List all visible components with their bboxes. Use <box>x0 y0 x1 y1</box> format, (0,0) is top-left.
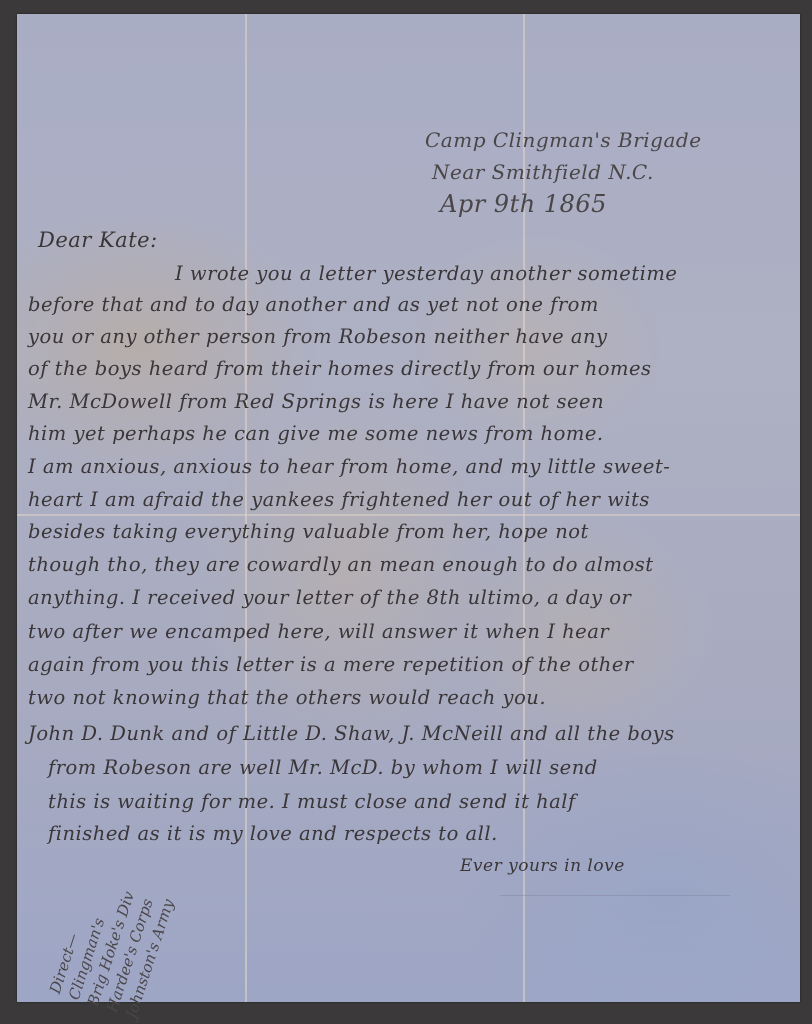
letter-line: heart I am afraid the yankees frightened… <box>28 488 650 511</box>
letter-line: again from you this letter is a mere rep… <box>28 653 634 676</box>
letter-closing: Ever yours in love <box>460 856 625 876</box>
letter-line: before that and to day another and as ye… <box>28 293 599 316</box>
letter-line: anything. I received your letter of the … <box>28 586 631 609</box>
letter-line: I am anxious, anxious to hear from home,… <box>28 455 670 478</box>
letter-line: of the boys heard from their homes direc… <box>28 357 652 380</box>
letter-line: him yet perhaps he can give me some news… <box>28 422 604 445</box>
fold-line-horizontal <box>17 514 800 516</box>
letter-line: though tho, they are cowardly an mean en… <box>28 553 654 576</box>
letter-line: this is waiting for me. I must close and… <box>48 790 576 813</box>
letter-line: you or any other person from Robeson nei… <box>28 325 608 348</box>
letter-heading-camp: Camp Clingman's Brigade <box>425 128 702 152</box>
letter-date: Apr 9th 1865 <box>440 190 607 218</box>
letter-heading-location: Near Smithfield N.C. <box>432 160 654 184</box>
letter-line: besides taking everything valuable from … <box>28 520 589 543</box>
signature-rule <box>500 895 730 896</box>
letter-line: Mr. McDowell from Red Springs is here I … <box>28 390 604 413</box>
letter-salutation: Dear Kate: <box>38 228 158 252</box>
letter-line: two not knowing that the others would re… <box>28 686 546 709</box>
letter-line: two after we encamped here, will answer … <box>28 620 609 643</box>
letter-line: finished as it is my love and respects t… <box>48 822 498 845</box>
letter-line: John D. Dunk and of Little D. Shaw, J. M… <box>28 722 675 745</box>
letter-line: from Robeson are well Mr. McD. by whom I… <box>48 756 598 779</box>
letter-line: I wrote you a letter yesterday another s… <box>175 262 677 285</box>
